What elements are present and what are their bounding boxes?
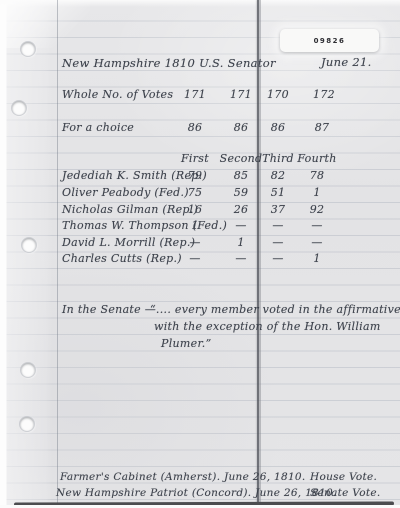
candidate-row: Nicholas Gilman (Rep.) 16 26 37 92 bbox=[62, 203, 392, 218]
punch-hole bbox=[22, 238, 36, 252]
vote-value: 1 bbox=[295, 252, 339, 265]
vote-value: — bbox=[256, 236, 300, 249]
column-header: Fourth bbox=[295, 152, 339, 165]
summary-value: 171 bbox=[173, 88, 217, 101]
catalog-number: 09826 bbox=[314, 37, 346, 45]
senate-note-line3: Plumer.” bbox=[161, 337, 212, 350]
citation-label: Senate Vote. bbox=[310, 487, 381, 499]
summary-row: Whole No. of Votes 171 171 170 172 bbox=[62, 88, 392, 103]
candidate-name: Oliver Peabody (Fed.) bbox=[62, 186, 189, 199]
vote-value: — bbox=[173, 252, 217, 265]
summary-value: 86 bbox=[256, 121, 300, 134]
candidate-row: David L. Morrill (Rep.) — 1 — — bbox=[62, 236, 392, 251]
summary-row-label: Whole No. of Votes bbox=[62, 88, 173, 101]
margin-line bbox=[57, 0, 58, 508]
column-header: Third bbox=[256, 152, 300, 165]
summary-value: 170 bbox=[256, 88, 300, 101]
vote-value: — bbox=[173, 236, 217, 249]
vote-value: — bbox=[256, 252, 300, 265]
catalog-label-sticker: 09826 bbox=[280, 29, 379, 52]
punch-hole bbox=[21, 42, 35, 56]
punch-hole bbox=[12, 101, 26, 115]
citation-source: New Hampshire Patriot (Concord). June 26… bbox=[56, 487, 337, 499]
page-date: June 21. bbox=[321, 55, 372, 69]
vote-value: — bbox=[256, 219, 300, 232]
vote-value: 79 bbox=[173, 169, 217, 182]
vote-value: — bbox=[295, 236, 339, 249]
summary-value: 87 bbox=[300, 121, 344, 134]
vote-value: 75 bbox=[173, 186, 217, 199]
vote-value: 37 bbox=[256, 203, 300, 216]
vote-value: 78 bbox=[295, 169, 339, 182]
candidate-row: Jedediah K. Smith (Rep.) 79 85 82 78 bbox=[62, 169, 392, 184]
vote-value: 51 bbox=[256, 186, 300, 199]
vote-value: 1 bbox=[295, 186, 339, 199]
citation-source: Farmer's Cabinet (Amherst). June 26, 181… bbox=[60, 471, 306, 483]
candidate-row: Charles Cutts (Rep.) — — — 1 bbox=[62, 252, 392, 267]
punch-hole bbox=[20, 417, 34, 431]
summary-value: 86 bbox=[173, 121, 217, 134]
summary-value: 172 bbox=[302, 88, 346, 101]
page-left-edge bbox=[0, 0, 52, 508]
column-header: First bbox=[173, 152, 217, 165]
page-corner-highlight bbox=[0, 0, 90, 48]
vote-value: 82 bbox=[256, 169, 300, 182]
page-title: New Hampshire 1810 U.S. Senator bbox=[62, 56, 276, 70]
senate-note-lead: In the Senate — bbox=[62, 303, 156, 316]
citation-label: House Vote. bbox=[310, 471, 377, 483]
vote-value: 92 bbox=[295, 203, 339, 216]
candidate-row: Oliver Peabody (Fed.) 75 59 51 1 bbox=[62, 186, 392, 201]
vote-value: 1 bbox=[173, 219, 217, 232]
vote-value: — bbox=[295, 219, 339, 232]
vote-value: 16 bbox=[173, 203, 217, 216]
summary-row-label: For a choice bbox=[62, 121, 134, 134]
candidate-row: Thomas W. Thompson (Fed.) 1 — — — bbox=[62, 219, 392, 234]
summary-row: For a choice 86 86 86 87 bbox=[62, 121, 392, 136]
punch-hole bbox=[21, 363, 35, 377]
page-top-edge bbox=[0, 0, 400, 7]
candidate-name: Charles Cutts (Rep.) bbox=[62, 252, 182, 265]
senate-note-line1: “.... every member voted in the affirmat… bbox=[150, 303, 400, 316]
senate-note-line2: with the exception of the Hon. William bbox=[154, 320, 381, 333]
ballot-column-headers: First Second Third Fourth bbox=[62, 152, 392, 167]
scanned-page: 09826 New Hampshire 1810 U.S. Senator Ju… bbox=[0, 0, 400, 508]
